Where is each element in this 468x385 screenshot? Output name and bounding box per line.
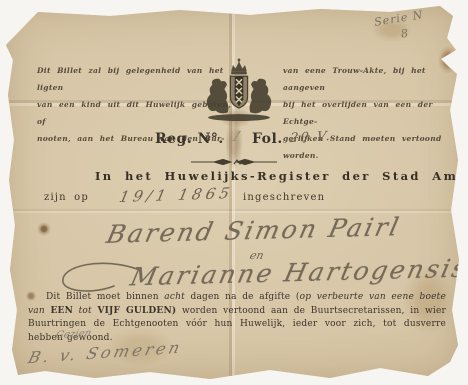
printed-notice-right: van eene Trouw-Akte, bij het aangeven bi… (283, 62, 451, 164)
folio-label: Fol. (252, 131, 283, 147)
scanned-document: Serie N 8 Dit Billet zal bij gelegenheid… (0, 0, 468, 385)
groom-name-handwritten: Barend Simon Pairl (104, 212, 404, 249)
bride-name-handwritten: Marianne Hartogensis (128, 254, 468, 292)
entry-prefix: zijn op (44, 192, 89, 203)
paper-sheet: Serie N 8 Dit Billet zal bij gelegenheid… (0, 0, 468, 385)
notice-text: VIJF GULDEN) (97, 306, 176, 316)
pencil-note-line1: Serie N (373, 8, 424, 29)
fine-print-notice: Dit Billet moet binnen acht dagen na de … (28, 291, 446, 345)
entry-suffix: ingeschreven (243, 192, 325, 203)
entry-date-handwritten: 19/1 1865 (118, 184, 235, 206)
folio-value: 20 V. (289, 129, 333, 146)
printed-notice-right-line: van eene Trouw-Akte, bij het aangeven (283, 62, 451, 96)
printed-notice-right-line: bij het overlijden van een der Echtge- (283, 96, 451, 130)
reg-number-label: Reg. N°. (155, 131, 224, 147)
register-heading: In het Huwelijks-Register der Stad Amste… (95, 169, 468, 183)
notice-text: acht (164, 292, 185, 302)
pencil-note-line2: 8 (400, 26, 410, 40)
notice-text: EEN (50, 306, 73, 316)
amsterdam-coat-of-arms-icon (196, 57, 282, 127)
notice-text: dagen na de afgifte ( (185, 292, 300, 302)
notice-text: tot (79, 306, 92, 316)
notice-text: Dit Billet moet binnen (46, 292, 164, 302)
